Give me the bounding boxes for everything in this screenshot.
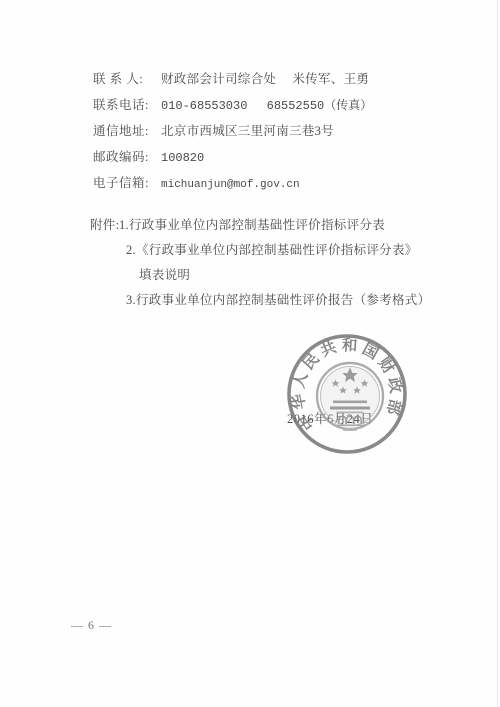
contact-row: 电子信箱:michuanjun@mof.gov.cn xyxy=(93,171,473,199)
attachments-label: 附件: xyxy=(90,213,119,238)
contact-label: 邮政编码: xyxy=(93,145,150,171)
document-page: 联 系 人:财政部会计司综合处 米传军、王勇 联系电话:010-68553030… xyxy=(0,0,500,707)
contact-value: 财政部会计司综合处 米传军、王勇 xyxy=(161,72,369,86)
attachment-item-2-continued: 填表说明 xyxy=(90,263,480,288)
contact-value-address: 北京市西城区三里河南三巷3号 xyxy=(161,124,334,138)
page-number: — 6 — xyxy=(71,618,112,633)
contact-row: 通信地址:北京市西城区三里河南三巷3号 xyxy=(93,119,473,145)
contact-value-phone: 010-68553030 68552550（传真） xyxy=(161,99,372,113)
attachments-first-row: 附件:1.行政事业单位内部控制基础性评价指标评分表 xyxy=(90,213,480,238)
contact-block: 联 系 人:财政部会计司综合处 米传军、王勇 联系电话:010-68553030… xyxy=(93,67,473,199)
contact-label: 联 系 人: xyxy=(93,67,150,93)
contact-label: 通信地址: xyxy=(93,119,150,145)
contact-value-email: michuanjun@mof.gov.cn xyxy=(161,179,300,191)
attachment-item-3: 3.行政事业单位内部控制基础性评价报告（参考格式） xyxy=(90,288,480,313)
contact-row: 联系电话:010-68553030 68552550（传真） xyxy=(93,93,473,120)
contact-label: 联系电话: xyxy=(93,93,150,119)
official-seal: 中华人民共和国财政部 xyxy=(280,327,420,467)
attachment-item-2: 2.《行政事业单位内部控制基础性评价指标评分表》 xyxy=(90,238,480,263)
national-emblem xyxy=(317,363,383,431)
contact-label: 电子信箱: xyxy=(93,171,150,197)
attachments-block: 附件:1.行政事业单位内部控制基础性评价指标评分表 2.《行政事业单位内部控制基… xyxy=(90,213,480,313)
contact-value-postcode: 100820 xyxy=(161,151,204,165)
contact-row: 邮政编码:100820 xyxy=(93,145,473,172)
contact-row: 联 系 人:财政部会计司综合处 米传军、王勇 xyxy=(93,67,473,93)
attachment-item-1: 1.行政事业单位内部控制基础性评价指标评分表 xyxy=(119,218,385,232)
scan-edge-artifact xyxy=(497,0,498,707)
